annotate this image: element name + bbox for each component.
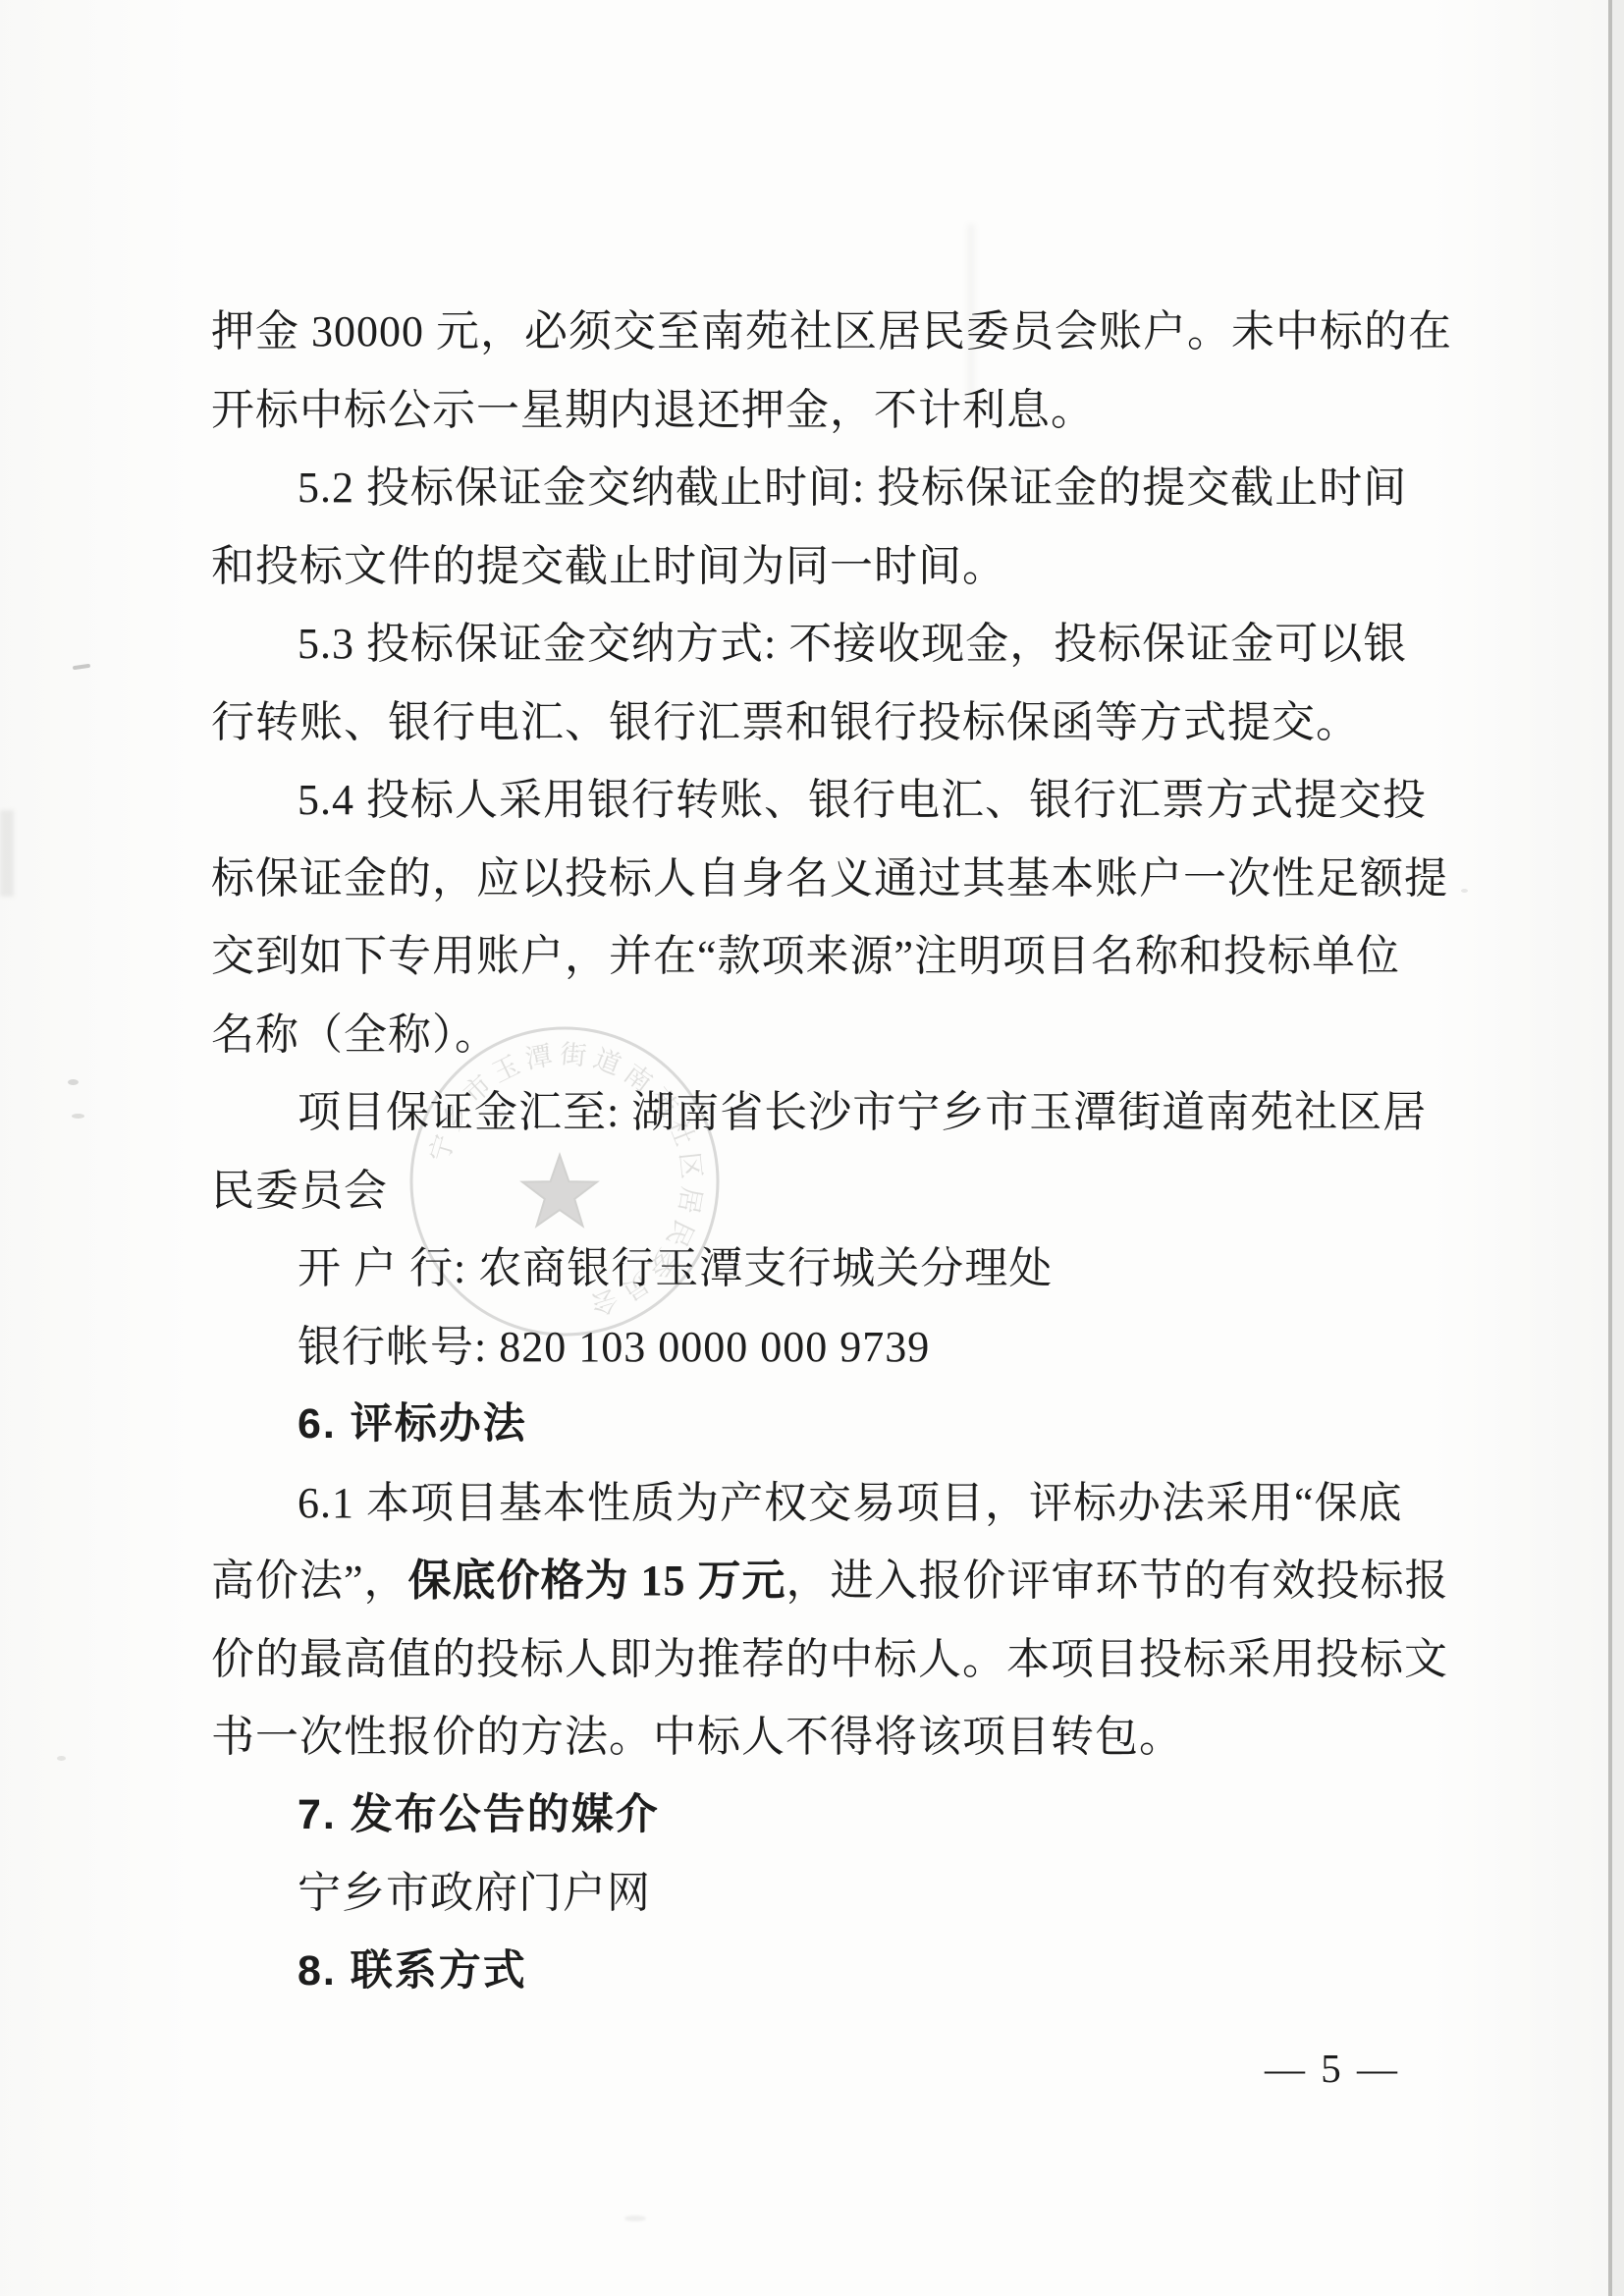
text-segment: 民委员会 <box>211 1167 388 1215</box>
scan-speck <box>68 1079 79 1085</box>
text-segment: 5.3 投标保证金交纳方式: 不接收现金，投标保证金可以银 <box>298 620 1407 668</box>
text-segment: 书一次性报价的方法。中标人不得将该项目转包。 <box>211 1713 1183 1761</box>
scan-speck <box>0 810 14 897</box>
text-segment: 6. 评标办法 <box>298 1400 527 1448</box>
text-segment: 押金 30000 元，必须交至南苑社区居民委员会账户。未中标的在 <box>211 307 1452 355</box>
text-line: 押金 30000 元，必须交至南苑社区居民委员会账户。未中标的在 <box>211 293 1488 371</box>
text-line: 开 户 行: 农商银行玉潭支行城关分理处 <box>211 1230 1488 1308</box>
scan-speck <box>967 224 975 420</box>
text-line: 名称（全称）。 <box>211 996 1488 1074</box>
text-line: 宁乡市政府门户网 <box>211 1854 1488 1933</box>
text-segment: 6.1 本项目基本性质为产权交易项目，评标办法采用“保底 <box>298 1479 1403 1527</box>
text-line: 项目保证金汇至: 湖南省长沙市宁乡市玉潭街道南苑社区居 <box>211 1073 1488 1152</box>
text-segment: 行转账、银行电汇、银行汇票和银行投标保函等方式提交。 <box>211 698 1360 746</box>
page-number: — 5 — <box>1249 2045 1416 2092</box>
text-line: 价的最高值的投标人即为推荐的中标人。本项目投标采用投标文 <box>211 1620 1488 1699</box>
text-line: 5.2 投标保证金交纳截止时间: 投标保证金的提交截止时间 <box>211 449 1488 527</box>
text-segment: 标保证金的，应以投标人自身名义通过其基本账户一次性足额提 <box>211 854 1448 902</box>
text-line: 5.4 投标人采用银行转账、银行电汇、银行汇票方式提交投 <box>211 761 1488 840</box>
scan-speck <box>57 1756 66 1761</box>
text-line: 标保证金的，应以投标人自身名义通过其基本账户一次性足额提 <box>211 840 1488 918</box>
text-segment: 高价法”， <box>211 1557 408 1605</box>
text-line: 行转账、银行电汇、银行汇票和银行投标保函等方式提交。 <box>211 683 1488 762</box>
text-segment: 和投标文件的提交截止时间为同一时间。 <box>211 542 1006 590</box>
scan-speck <box>73 664 90 670</box>
scan-speck <box>624 2215 646 2221</box>
text-segment: 开 户 行: 农商银行玉潭支行城关分理处 <box>298 1244 1053 1292</box>
text-segment: 8. 联系方式 <box>298 1947 527 1995</box>
text-segment: ，进入报价评审环节的有效投标报 <box>786 1557 1449 1605</box>
section-heading-line: 6. 评标办法 <box>211 1386 1488 1464</box>
text-line: 和投标文件的提交截止时间为同一时间。 <box>211 527 1488 606</box>
text-segment: 名称（全称）。 <box>211 1011 499 1059</box>
text-line: 高价法”，保底价格为 15 万元，进入报价评审环节的有效投标报 <box>211 1542 1488 1620</box>
document-body: 押金 30000 元，必须交至南苑社区居民委员会账户。未中标的在开标中标公示一星… <box>211 293 1488 2010</box>
scan-edge-artifact <box>1608 0 1612 2296</box>
section-heading-line: 8. 联系方式 <box>211 1933 1488 2011</box>
scan-speck <box>72 1114 84 1119</box>
section-heading-line: 7. 发布公告的媒介 <box>211 1777 1488 1855</box>
text-line: 5.3 投标保证金交纳方式: 不接收现金，投标保证金可以银 <box>211 605 1488 683</box>
text-segment: 项目保证金汇至: 湖南省长沙市宁乡市玉潭街道南苑社区居 <box>298 1088 1427 1136</box>
text-segment: 银行帐号: 820 103 0000 000 9739 <box>298 1323 930 1371</box>
bold-text-segment: 保底价格为 15 万元 <box>408 1557 786 1605</box>
text-segment: 价的最高值的投标人即为推荐的中标人。本项目投标采用投标文 <box>211 1635 1448 1683</box>
text-line: 书一次性报价的方法。中标人不得将该项目转包。 <box>211 1698 1488 1777</box>
text-segment: 5.4 投标人采用银行转账、银行电汇、银行汇票方式提交投 <box>298 776 1427 824</box>
text-line: 6.1 本项目基本性质为产权交易项目，评标办法采用“保底 <box>211 1464 1488 1543</box>
text-segment: 交到如下专用账户，并在“款项来源”注明项目名称和投标单位 <box>211 932 1400 980</box>
text-segment: 5.2 投标保证金交纳截止时间: 投标保证金的提交截止时间 <box>298 464 1407 512</box>
document-page: 宁乡市玉潭街道南苑社区居民委员会 押金 30000 元，必须交至南苑社区居民委员… <box>0 0 1624 2296</box>
text-segment: 宁乡市政府门户网 <box>298 1869 651 1917</box>
scan-speck <box>1461 889 1468 893</box>
text-line: 交到如下专用账户，并在“款项来源”注明项目名称和投标单位 <box>211 917 1488 996</box>
text-line: 民委员会 <box>211 1152 1488 1230</box>
text-line: 银行帐号: 820 103 0000 000 9739 <box>211 1308 1488 1387</box>
text-line: 开标中标公示一星期内退还押金，不计利息。 <box>211 371 1488 450</box>
text-segment: 7. 发布公告的媒介 <box>298 1791 660 1838</box>
scan-edge-halo <box>1612 0 1624 2296</box>
text-segment: 开标中标公示一星期内退还押金，不计利息。 <box>211 386 1095 434</box>
